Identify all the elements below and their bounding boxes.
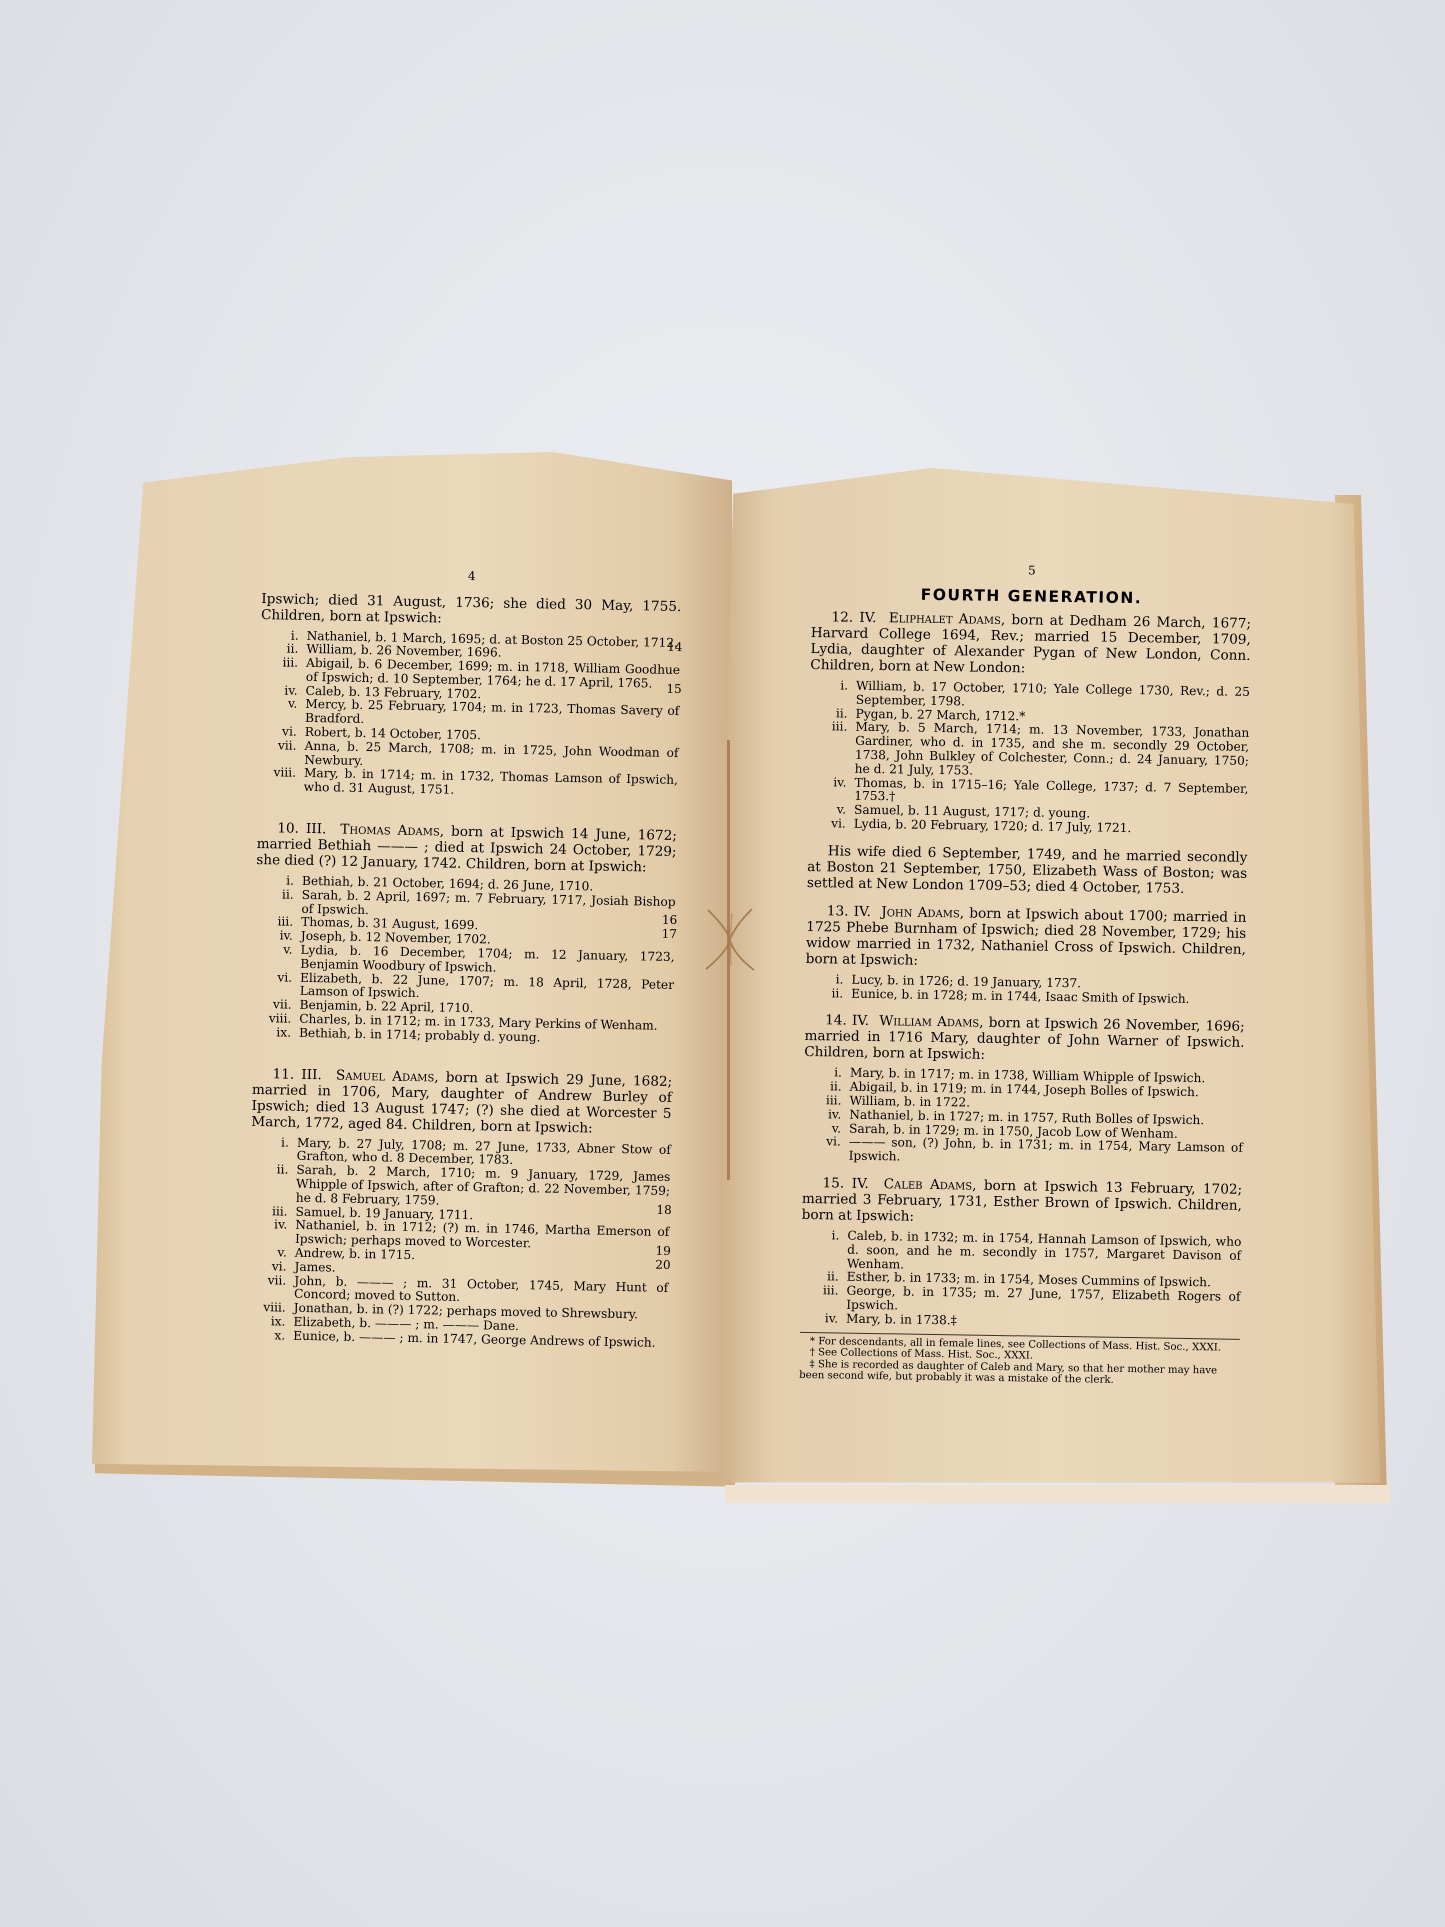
children-list: i.Caleb, b. in 1732; m. in 1754, Hannah … — [800, 1229, 1241, 1332]
entry-caleb-adams: 15. IV. Caleb Adams, born at Ipswich 13 … — [802, 1175, 1243, 1230]
left-page-text: 4 Ipswich; died 31 August, 1736; she die… — [247, 565, 682, 1362]
entry-samuel-adams: 11. III. Samuel Adams, born at Ipswich 2… — [251, 1066, 672, 1138]
person-name: Thomas Adams — [340, 822, 440, 840]
person-name: John Adams — [881, 904, 960, 921]
children-list: i.Bethiah, b. 21 October, 1694; d. 26 Ju… — [253, 874, 676, 1048]
section-title: FOURTH GENERATION. — [811, 585, 1251, 607]
child-entry: iii.Mary, b. 5 March, 1714; m. 13 Novemb… — [809, 720, 1250, 782]
person-name: Samuel Adams — [336, 1067, 435, 1085]
children-list: i.William, b. 17 October, 1710; Yale Col… — [808, 679, 1250, 838]
child-entry: vi.——— son, (?) John, b. in 1731; m. in … — [803, 1135, 1243, 1170]
entry-william-adams: 14. IV. William Adams, born at Ipswich 2… — [804, 1012, 1245, 1067]
person-name: William Adams — [879, 1013, 979, 1031]
right-page-bottom-edge — [725, 1485, 1390, 1503]
children-list: i.Lucy, b. in 1726; d. 19 January, 1737.… — [805, 973, 1245, 1008]
open-booklet: 4 Ipswich; died 31 August, 1736; she die… — [0, 0, 1445, 1927]
entry-paragraph: His wife died 6 September, 1749, and he … — [807, 843, 1248, 898]
person-name: Eliphalet Adams — [889, 610, 1001, 628]
child-entry: viii.Mary, b. in 1714; m. in 1732, Thoma… — [258, 766, 678, 802]
binding-thread-icon — [700, 905, 760, 975]
children-list: i.Nathaniel, b. 1 March, 1695; d. at Bos… — [258, 628, 681, 802]
entry-thomas-adams: 10. III. Thomas Adams, born at Ipswich 1… — [256, 820, 677, 876]
person-name: Caleb Adams — [884, 1176, 973, 1193]
entry-john-adams: 13. IV. John Adams, born at Ipswich abou… — [806, 903, 1247, 974]
right-page-text: 5 FOURTH GENERATION. 12. IV. Eliphalet A… — [799, 560, 1252, 1389]
children-list: i.Mary, b. in 1717; m. in 1738, William … — [803, 1066, 1244, 1169]
continuation-paragraph: Ipswich; died 31 August, 1736; she died … — [261, 590, 682, 630]
entry-eliphalet-adams: 12. IV. Eliphalet Adams, born at Dedham … — [810, 609, 1251, 680]
children-list: i.Mary, b. 27 July, 1708; m. 27 June, 17… — [247, 1136, 671, 1351]
footnotes: * For descendants, all in female lines, … — [799, 1331, 1240, 1388]
